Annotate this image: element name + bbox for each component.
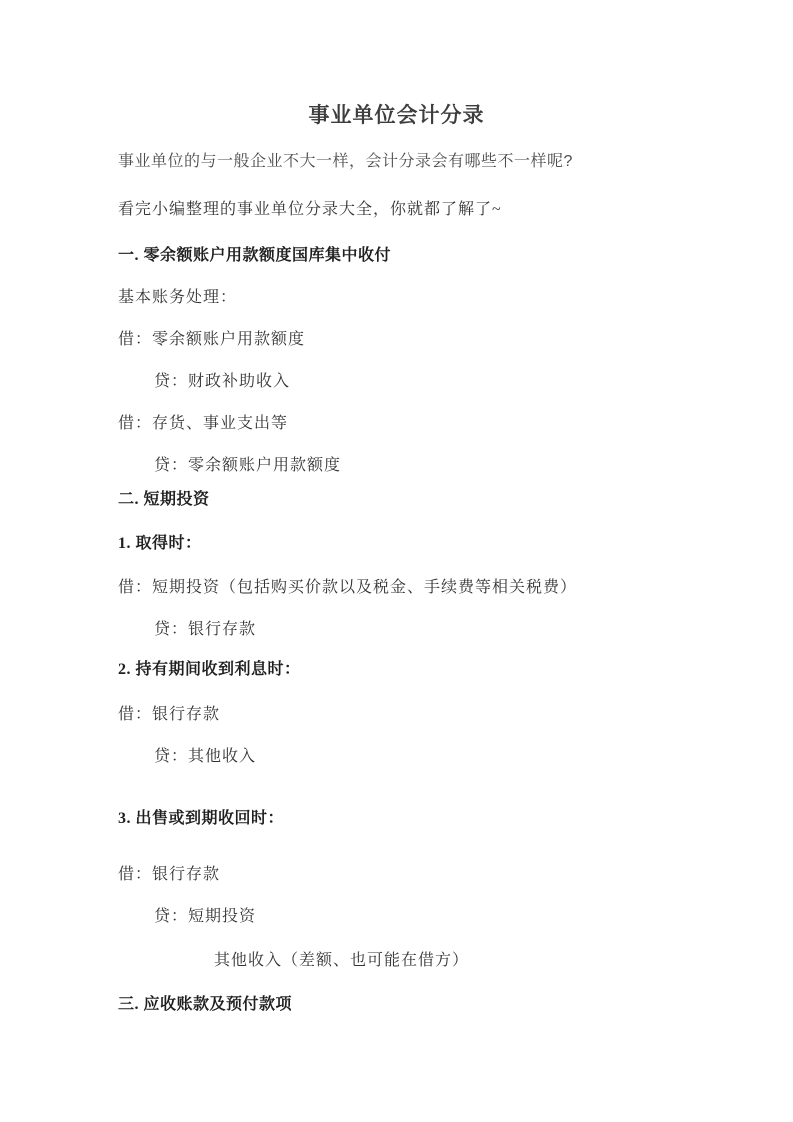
section-2-sub-1-heading: 1. 取得时：: [118, 534, 675, 553]
section-2-sub-1-debit-entry: 借：短期投资（包括购买价款以及税金、手续费等相关税费）: [118, 578, 675, 597]
section-1-credit-entry-2: 贷：零余额账户用款额度: [118, 456, 675, 475]
section-2-sub-3-credit-detail: 其他收入（差额、也可能在借方）: [118, 951, 675, 970]
document-page: 事业单位会计分录 事业单位的与一般企业不大一样，会计分录会有哪些不一样呢? 看完…: [0, 0, 793, 1122]
page-title: 事业单位会计分录: [118, 104, 675, 128]
section-2-sub-3-debit-entry: 借：银行存款: [118, 865, 675, 884]
section-3-heading: 三. 应收账款及预付款项: [118, 995, 675, 1014]
section-2-heading: 二. 短期投资: [118, 490, 675, 509]
section-1-debit-entry-1: 借：零余额账户用款额度: [118, 330, 675, 349]
section-1-debit-entry-2: 借：存货、事业支出等: [118, 414, 675, 433]
section-1-heading: 一. 零余额账户用款额度国库集中收付: [118, 246, 675, 265]
section-2-sub-3-credit-entry: 贷：短期投资: [118, 907, 675, 926]
section-2-sub-2-heading: 2. 持有期间收到利息时：: [118, 660, 675, 679]
intro-paragraph-2: 看完小编整理的事业单位分录大全，你就都了解了~: [118, 200, 675, 219]
section-2-sub-2-debit-entry: 借：银行存款: [118, 705, 675, 724]
section-1-credit-entry-1: 贷：财政补助收入: [118, 372, 675, 391]
section-2-sub-2-credit-entry: 贷：其他收入: [118, 747, 675, 766]
section-2-sub-1-credit-entry: 贷：银行存款: [118, 620, 675, 639]
section-2-sub-3-heading: 3. 出售或到期收回时：: [118, 809, 675, 828]
intro-paragraph-1: 事业单位的与一般企业不大一样，会计分录会有哪些不一样呢?: [118, 152, 675, 171]
section-1-basic-processing-label: 基本账务处理：: [118, 288, 675, 307]
